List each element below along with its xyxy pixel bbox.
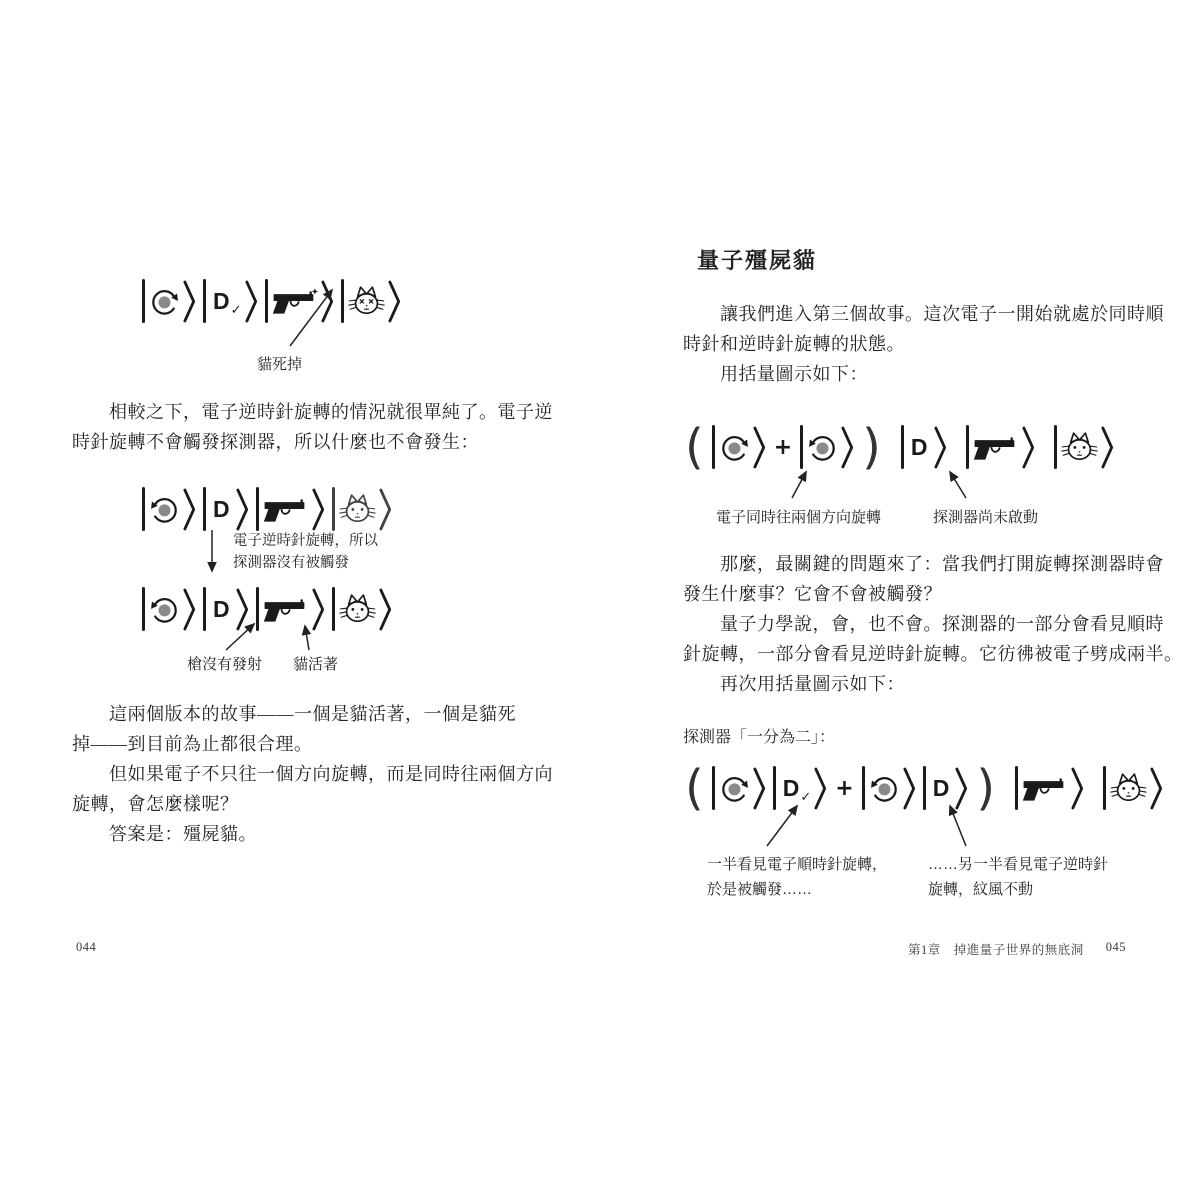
cat-alive-icon (1061, 431, 1098, 463)
annotation-label-half-untriggered: ……另一半看見電子逆時針 旋轉，紋風不動 (928, 852, 1108, 902)
ket-bar (203, 279, 206, 323)
text-line: 旋轉，紋風不動 (928, 877, 1108, 902)
ket-electron-clockwise (142, 279, 196, 324)
page-number-right: 045 (1106, 940, 1126, 958)
annotation-arrow (760, 800, 804, 852)
ket-gun-idle (966, 425, 1035, 470)
ket-angle-bracket (312, 487, 325, 532)
split-intro-line: 探測器「一分為二」： (683, 726, 835, 750)
text-line: 這兩個版本的故事——一個是貓活著，一個是貓死 (72, 699, 553, 729)
text-line: ……另一半看見電子逆時針 (928, 852, 1108, 877)
ket-angle-bracket (183, 587, 196, 632)
ket-gun-idle (1015, 766, 1084, 811)
section-heading: 量子殭屍貓 (697, 244, 817, 275)
text-line: 相較之下，電子逆時針旋轉的情況就很單純了。電子逆 (72, 397, 553, 427)
ket-detector-triggered: D ✓ (203, 279, 258, 324)
ket-angle-bracket (236, 487, 249, 532)
spin-clockwise-icon (719, 773, 750, 804)
book-spread: D ✓ 貓死掉 相較之下，電子逆時針旋轉的情況就很單純了。電子逆 時針旋轉不會觸… (0, 0, 1200, 1200)
ket-cat-alive (332, 587, 392, 632)
ket-bar (800, 425, 803, 469)
cat-alive-icon (1110, 772, 1147, 804)
footer-right: 第1章 掉進量子世界的無底洞 045 (870, 940, 1126, 958)
cat-alive-icon (339, 493, 376, 525)
ket-formula-superposition: ( + ) D (684, 422, 1114, 472)
annotation-arrow (296, 620, 318, 656)
detector-symbol: D (210, 487, 233, 531)
ket-angle-bracket (379, 587, 392, 632)
gun-icon (1022, 775, 1068, 801)
ket-bar (142, 487, 145, 531)
annotation-label-half-triggered: 一半看見電子順時針旋轉， 於是被觸發…… (707, 852, 887, 902)
text-line: 用括量圖示如下： (683, 359, 1164, 389)
paragraph: 相較之下，電子逆時針旋轉的情況就很單純了。電子逆 時針旋轉不會觸發探測器，所以什… (72, 397, 553, 457)
text-line: 但如果電子不只往一個方向旋轉，而是同時往兩個方向 (72, 759, 553, 789)
ket-cat-alive (1103, 766, 1163, 811)
ket-detector-idle: D (901, 425, 947, 470)
ket-bar (332, 487, 335, 531)
footer-chapter: 第1章 (908, 940, 941, 958)
text-line: 旋轉，會怎麼樣呢？ (72, 789, 553, 819)
ket-electron-counterclockwise (862, 766, 916, 811)
checkmark-icon: ✓ (231, 303, 242, 324)
ket-angle-bracket (934, 425, 947, 470)
ket-cat-alive (332, 487, 392, 532)
ket-bar (712, 425, 715, 469)
ket-angle-bracket (183, 487, 196, 532)
annotation-arrow-down (204, 528, 220, 578)
paren-close: ) (862, 424, 881, 470)
spin-counterclockwise-icon (807, 432, 838, 463)
annotation-label-transition: 電子逆時針旋轉，所以 探測器沒有被觸發 (233, 530, 378, 574)
spin-counterclockwise-icon (149, 594, 180, 625)
paren-open: ( (685, 765, 704, 811)
ket-electron-counterclockwise (800, 425, 854, 470)
spin-counterclockwise-icon (149, 494, 180, 525)
ket-bar (901, 425, 904, 469)
ket-gun-idle (256, 487, 325, 532)
annotation-arrow (284, 282, 340, 354)
ket-bar (1015, 766, 1018, 810)
ket-formula-detector-split: ( D ✓ + D ) (684, 763, 1163, 813)
annotation-arrow (786, 466, 814, 504)
text-line: 電子逆時針旋轉，所以 (233, 530, 378, 552)
ket-electron-counterclockwise (142, 587, 196, 632)
annotation-label-cat-dead: 貓死掉 (257, 352, 302, 377)
text-line: 發生什麼事？它會不會被觸發？ (683, 579, 1183, 609)
ket-bar (256, 487, 259, 531)
annotation-arrow (938, 800, 972, 852)
ket-electron-clockwise (712, 425, 766, 470)
ket-cat-alive (1054, 425, 1114, 470)
ket-bar (1103, 766, 1106, 810)
paren-open: ( (685, 424, 704, 470)
paragraph: 讓我們進入第三個故事。這次電子一開始就處於同時順 時針和逆時針旋轉的狀態。 用括… (683, 299, 1164, 389)
ket-angle-bracket (183, 279, 196, 324)
text-line: 讓我們進入第三個故事。這次電子一開始就處於同時順 (683, 299, 1164, 329)
ket-angle-bracket (841, 425, 854, 470)
text-line: 時針和逆時針旋轉的狀態。 (683, 329, 1164, 359)
spin-clockwise-icon (719, 432, 750, 463)
ket-angle-bracket (903, 766, 916, 811)
ket-bar (203, 587, 206, 631)
text-line: 探測器沒有被觸發 (233, 552, 378, 574)
ket-formula-ccw-before: D (142, 484, 392, 534)
annotation-arrow (220, 618, 262, 656)
plus-sign: + (834, 776, 854, 801)
annotation-label-gun-not-fired: 槍沒有發射 (187, 652, 262, 677)
cat-alive-icon (339, 593, 376, 625)
ket-angle-bracket (245, 279, 258, 324)
ket-angle-bracket (1022, 425, 1035, 470)
ket-cat-dead (341, 279, 401, 324)
text-line: 一半看見電子順時針旋轉， (707, 852, 887, 877)
spin-clockwise-icon (149, 286, 180, 317)
gun-icon (263, 496, 309, 522)
ket-bar (862, 766, 865, 810)
annotation-arrow (938, 466, 972, 504)
ket-bar (265, 279, 268, 323)
text-line: 時針旋轉不會觸發探測器，所以什麼也不會發生： (72, 427, 553, 457)
ket-angle-bracket (1071, 766, 1084, 811)
ket-bar (966, 425, 969, 469)
annotation-label-detector-off: 探測器尚未啟動 (933, 505, 1038, 530)
ket-bar (332, 587, 335, 631)
ket-bar (712, 766, 715, 810)
ket-bar (341, 279, 344, 323)
text-line: 那麼，最關鍵的問題來了：當我們打開旋轉探測器時會 (683, 549, 1183, 579)
ket-electron-counterclockwise (142, 487, 196, 532)
text-line: 掉——到目前為止都很合理。 (72, 729, 553, 759)
ket-angle-bracket (388, 279, 401, 324)
ket-angle-bracket (379, 487, 392, 532)
ket-angle-bracket (1150, 766, 1163, 811)
ket-formula-ccw-after: D (142, 584, 392, 634)
plus-sign: + (773, 435, 793, 460)
text-line: 答案是：殭屍貓。 (72, 819, 553, 849)
paragraph: 那麼，最關鍵的問題來了：當我們打開旋轉探測器時會 發生什麼事？它會不會被觸發？ … (683, 549, 1183, 699)
cat-dead-icon (348, 285, 385, 317)
ket-angle-bracket (1101, 425, 1114, 470)
ket-bar (142, 279, 145, 323)
text-line: 再次用括量圖示如下： (683, 669, 1183, 699)
ket-detector-idle: D (203, 487, 249, 532)
ket-formula-cat-dead: D ✓ (142, 276, 401, 326)
footer-chapter-title: 掉進量子世界的無底洞 (954, 940, 1084, 958)
ket-angle-bracket (814, 766, 827, 811)
annotation-label-cat-alive: 貓活著 (293, 652, 338, 677)
spin-counterclockwise-icon (869, 773, 900, 804)
ket-bar (923, 766, 926, 810)
ket-bar (142, 587, 145, 631)
text-line: 於是被觸發…… (707, 877, 887, 902)
annotation-label-both-directions: 電子同時往兩個方向旋轉 (716, 505, 881, 530)
paren-close: ) (976, 765, 995, 811)
text-line: 針旋轉，一部分會看見逆時針旋轉。它彷彿被電子劈成兩半。 (683, 639, 1183, 669)
ket-angle-bracket (753, 425, 766, 470)
ket-bar (203, 487, 206, 531)
ket-bar (1054, 425, 1057, 469)
gun-icon (263, 596, 309, 622)
gun-icon (973, 434, 1019, 460)
paragraph: 這兩個版本的故事——一個是貓活著，一個是貓死 掉——到目前為止都很合理。 但如果… (72, 699, 553, 849)
detector-symbol: D (210, 279, 233, 323)
detector-symbol: D (908, 425, 931, 469)
ket-electron-clockwise (712, 766, 766, 811)
text-line: 量子力學說，會，也不會。探測器的一部分會看見順時 (683, 609, 1183, 639)
page-number-left: 044 (76, 940, 96, 955)
